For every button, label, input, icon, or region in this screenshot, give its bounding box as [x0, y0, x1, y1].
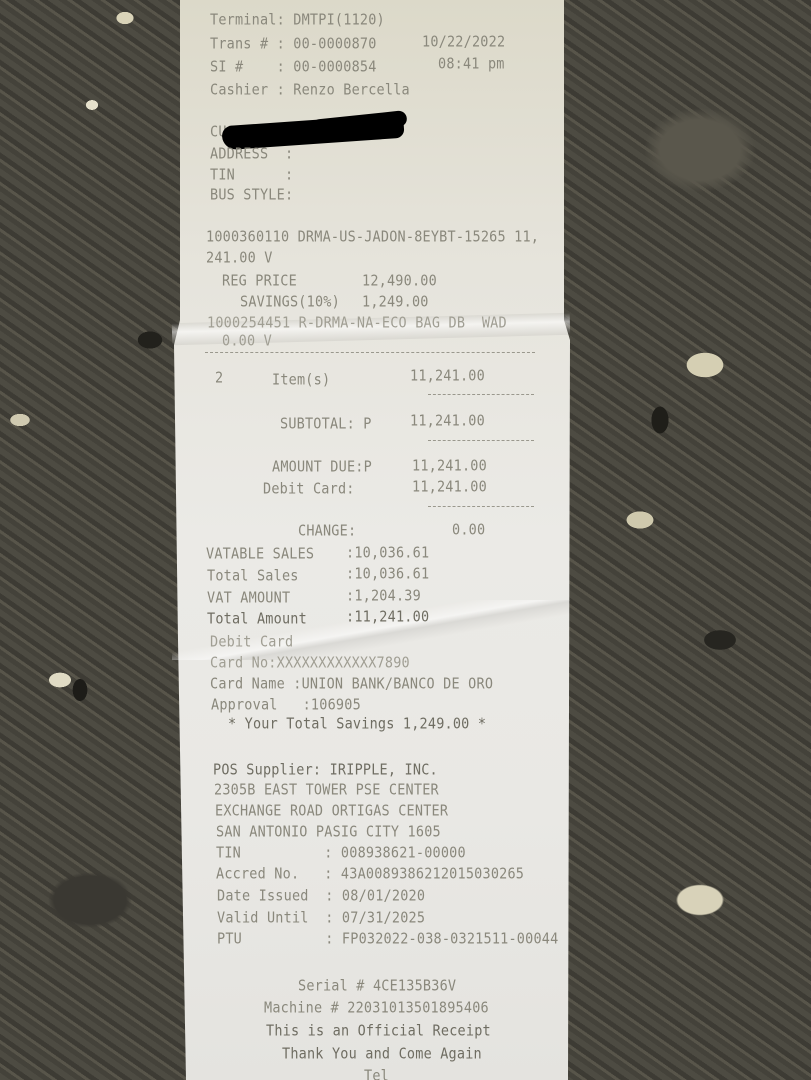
- thank-you-note: Thank You and Come Again: [282, 1045, 482, 1063]
- supplier-tin: TIN : 008938621-00000: [216, 844, 466, 862]
- item-2-line: 1000254451 R-DRMA-NA-ECO BAG DB WAD: [207, 314, 507, 332]
- card-number: Card No:XXXXXXXXXXXX7890: [210, 654, 410, 672]
- debit-card-label: Debit Card:: [263, 480, 355, 498]
- total-savings-banner: * Your Total Savings 1,249.00 *: [228, 715, 486, 733]
- items-total: 11,241.00: [410, 367, 485, 385]
- bus-style-label: BUS STYLE:: [210, 186, 293, 204]
- vatable-sales-value: :10,036.61: [346, 544, 429, 562]
- supplier-address-3: SAN ANTONIO PASIG CITY 1605: [216, 823, 441, 841]
- divider: [428, 506, 534, 507]
- official-receipt-note: This is an Official Receipt: [266, 1022, 491, 1040]
- divider: [428, 394, 534, 395]
- cashier-line: Cashier : Renzo Bercella: [210, 81, 410, 99]
- vat-amount-label: VAT AMOUNT: [207, 589, 290, 607]
- trans-number: Trans # : 00-0000870: [210, 35, 377, 53]
- total-amount-label: Total Amount: [207, 610, 307, 628]
- total-sales-value: :10,036.61: [346, 565, 429, 583]
- machine-number: Machine # 22031013501895406: [264, 999, 489, 1017]
- address-label: ADDRESS :: [210, 145, 293, 163]
- terminal-line: Terminal: DMTPI(1120): [210, 11, 385, 29]
- item-count: 2: [215, 369, 223, 387]
- divider: [205, 352, 535, 353]
- receipt-time: 08:41 pm: [438, 55, 505, 73]
- supplier-address-2: EXCHANGE ROAD ORTIGAS CENTER: [215, 802, 448, 820]
- supplier-address-1: 2305B EAST TOWER PSE CENTER: [214, 781, 439, 799]
- items-label: Item(s): [272, 371, 330, 389]
- change-label: CHANGE:: [298, 522, 356, 540]
- savings-value: 1,249.00: [362, 293, 429, 311]
- accreditation-number: Accred No. : 43A0089386212015030265: [216, 865, 524, 883]
- valid-until: Valid Until : 07/31/2025: [217, 909, 425, 927]
- pos-supplier: POS Supplier: IRIPPLE, INC.: [213, 761, 438, 779]
- serial-number: Serial # 4CE135B36V: [298, 977, 456, 995]
- tin-label: TIN :: [210, 166, 293, 184]
- debit-card-value: 11,241.00: [412, 478, 487, 496]
- si-number: SI # : 00-0000854: [210, 58, 377, 76]
- subtotal-value: 11,241.00: [410, 412, 485, 430]
- approval-code: Approval :106905: [211, 696, 361, 714]
- item-1-line: 1000360110 DRMA-US-JADON-8EYBT-15265 11,: [206, 228, 539, 246]
- savings-label: SAVINGS(10%): [240, 293, 340, 311]
- vat-amount-value: :1,204.39: [346, 587, 421, 605]
- card-name: Card Name :UNION BANK/BANCO DE ORO: [210, 675, 493, 693]
- date-issued: Date Issued : 08/01/2020: [217, 887, 425, 905]
- amount-due-label: AMOUNT DUE:P: [272, 458, 372, 476]
- total-sales-label: Total Sales: [207, 567, 299, 585]
- item-2-amount: 0.00 V: [222, 332, 272, 350]
- payment-method: Debit Card: [210, 633, 293, 651]
- total-amount-value: :11,241.00: [346, 608, 429, 626]
- vatable-sales-label: VATABLE SALES: [206, 545, 314, 563]
- change-value: 0.00: [452, 521, 485, 539]
- reg-price-label: REG PRICE: [222, 272, 297, 290]
- amount-due-value: 11,241.00: [412, 457, 487, 475]
- subtotal-label: SUBTOTAL: P: [280, 415, 372, 433]
- reg-price-value: 12,490.00: [362, 272, 437, 290]
- divider: [428, 440, 534, 441]
- ptu-number: PTU : FP032022-038-0321511-00044: [217, 930, 558, 948]
- tel-label: Tel: [364, 1067, 389, 1080]
- item-1-amount: 241.00 V: [206, 249, 273, 267]
- receipt-date: 10/22/2022: [422, 33, 505, 51]
